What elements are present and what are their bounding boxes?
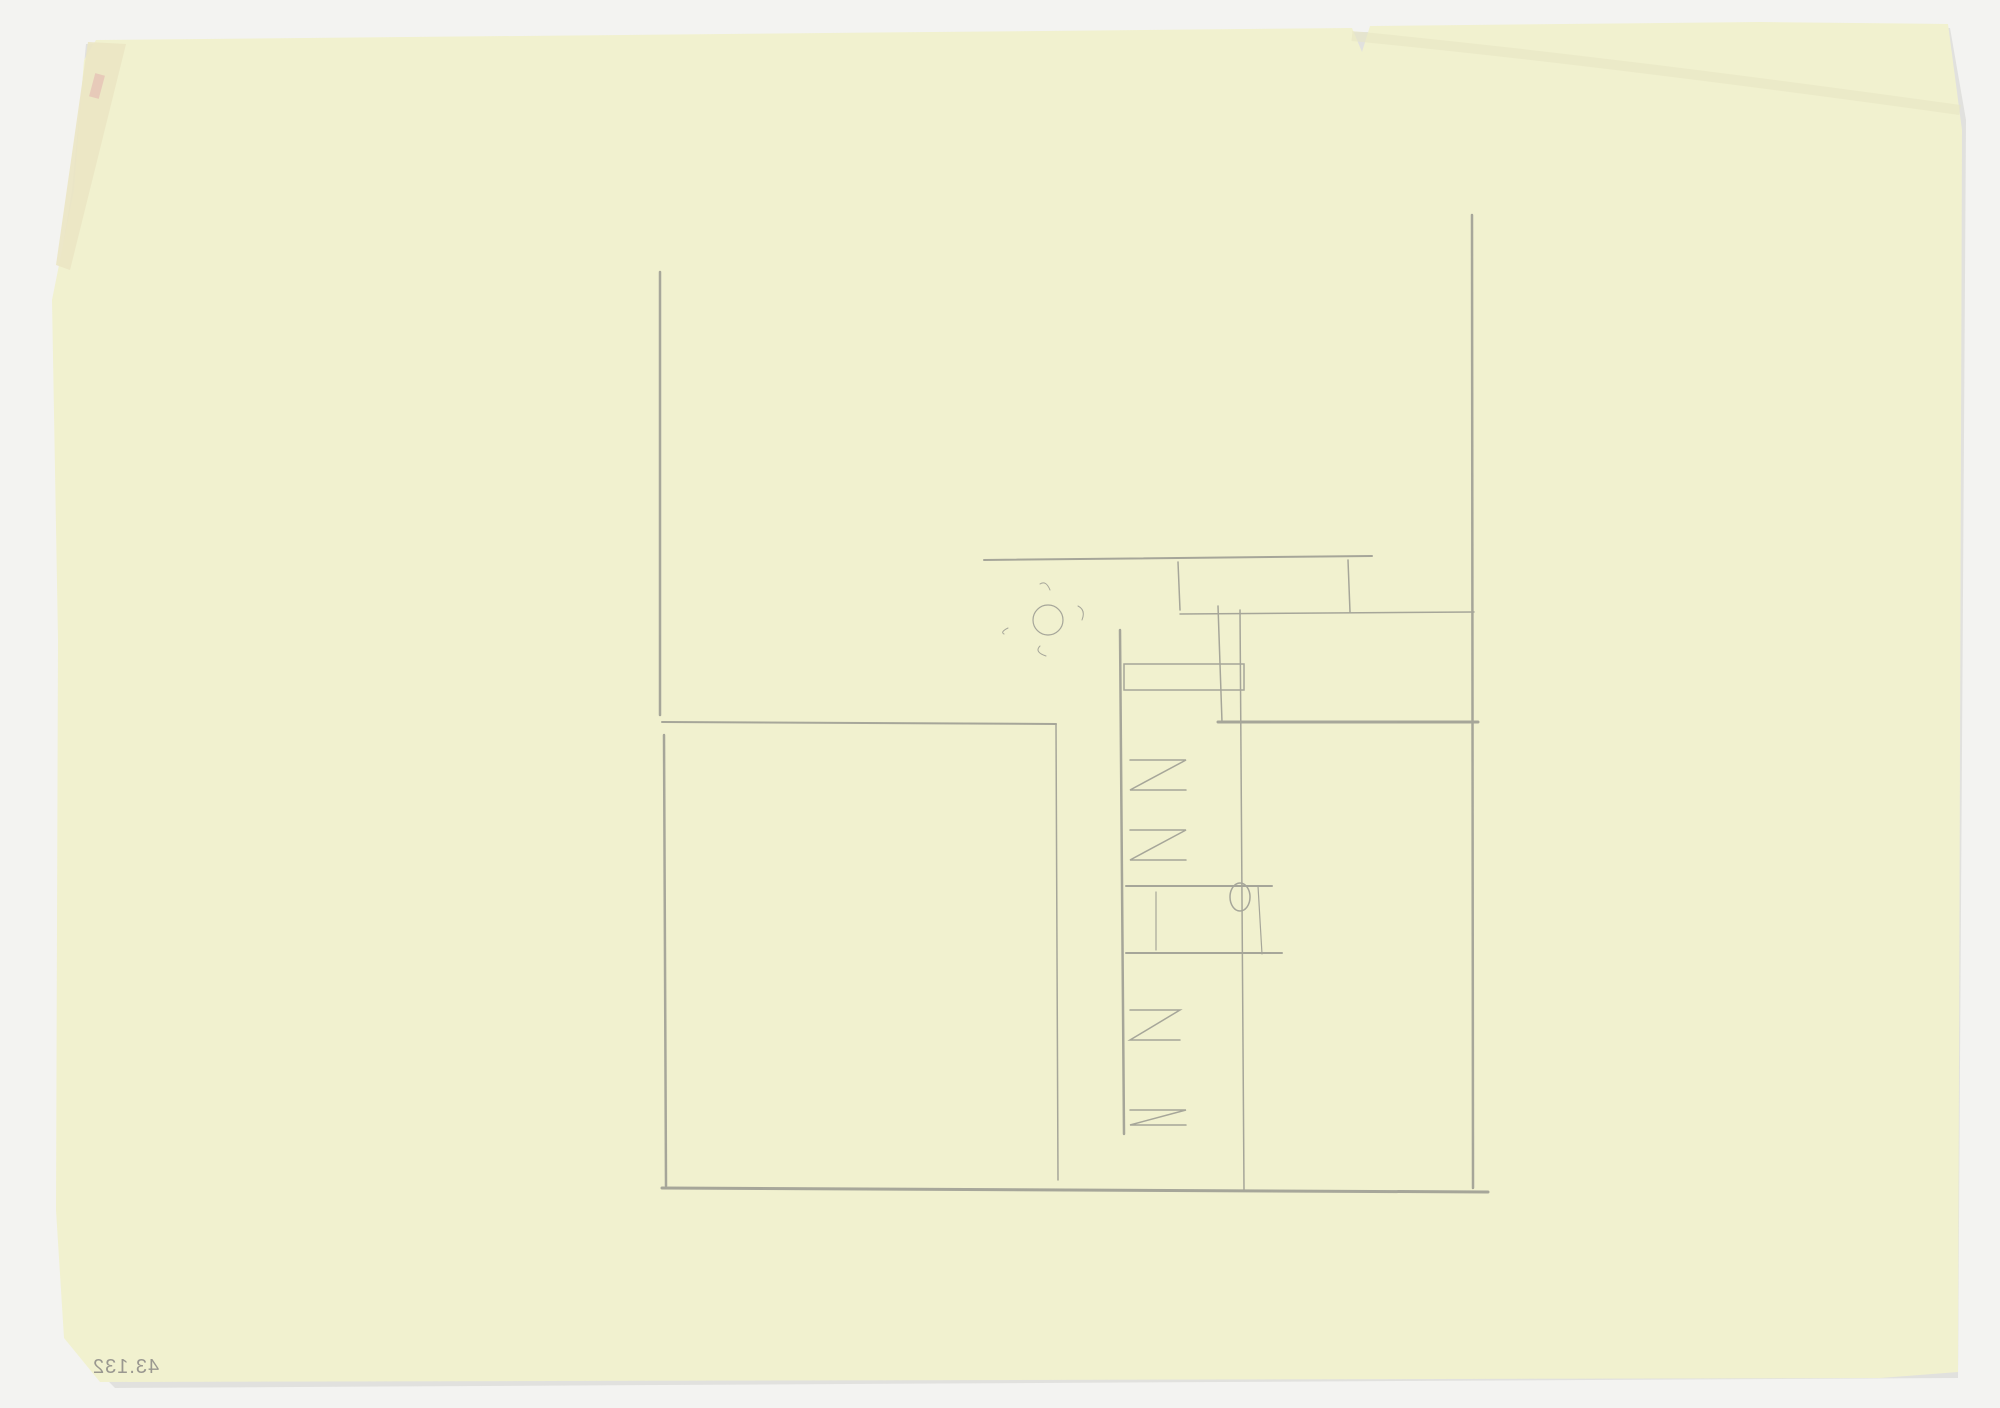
catalog-number: 43.132 [92,1356,159,1379]
scanned-drawing [0,0,2000,1408]
tracing-paper-sheet [52,22,1962,1382]
